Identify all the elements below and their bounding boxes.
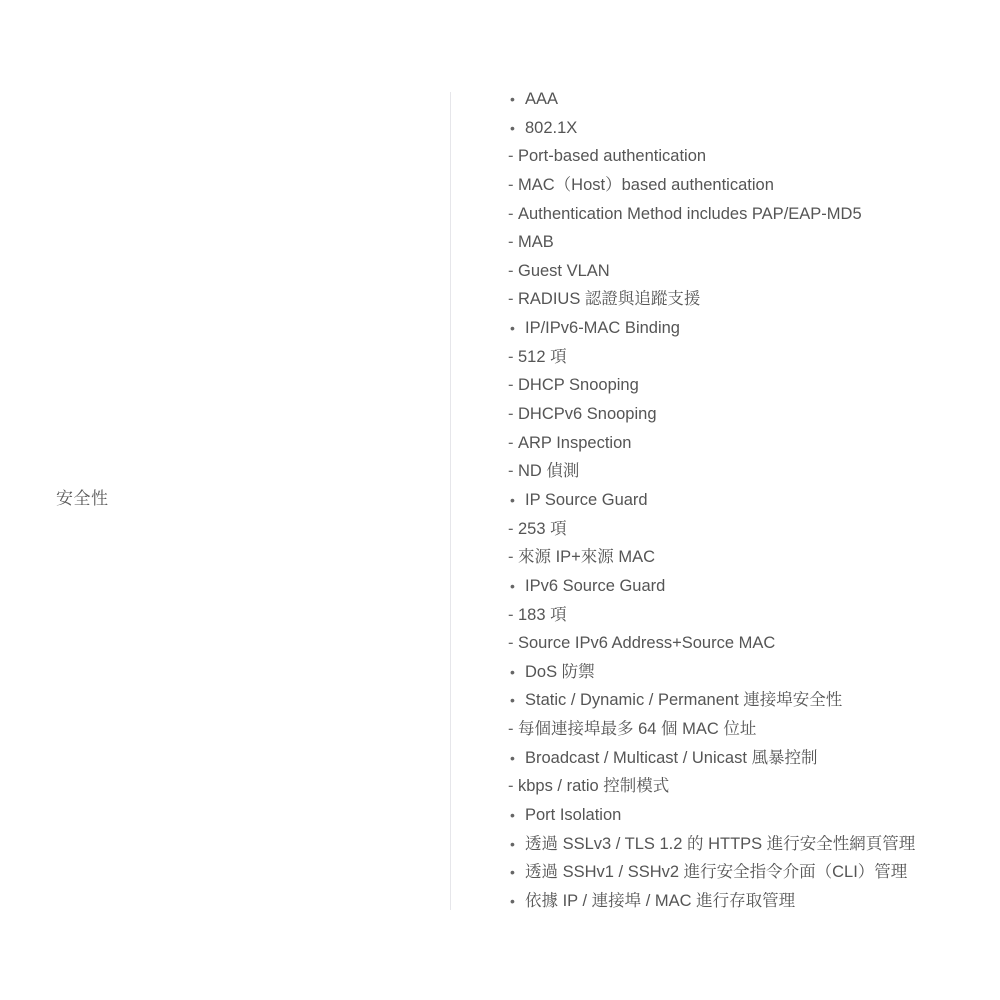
dash-icon: - bbox=[508, 715, 518, 744]
list-item-text: IP Source Guard bbox=[525, 491, 648, 509]
list-subitem: -253 項 bbox=[508, 515, 915, 544]
list-subitem: -來源 IP+來源 MAC bbox=[508, 543, 915, 572]
column-divider bbox=[450, 92, 451, 910]
list-item-text: ARP Inspection bbox=[518, 434, 631, 452]
list-item-text: MAC（Host）based authentication bbox=[518, 176, 774, 194]
bullet-icon: • bbox=[508, 887, 525, 916]
list-item: •AAA bbox=[508, 85, 915, 114]
list-subitem: -ND 偵測 bbox=[508, 457, 915, 486]
bullet-icon: • bbox=[508, 114, 525, 143]
list-subitem: -Guest VLAN bbox=[508, 257, 915, 286]
list-item: •Broadcast / Multicast / Unicast 風暴控制 bbox=[508, 744, 915, 773]
dash-icon: - bbox=[508, 257, 518, 286]
list-item: •802.1X bbox=[508, 114, 915, 143]
list-item-text: RADIUS 認證與追蹤支援 bbox=[518, 290, 700, 308]
list-item-text: 依據 IP / 連接埠 / MAC 進行存取管理 bbox=[525, 892, 795, 910]
dash-icon: - bbox=[508, 400, 518, 429]
list-item-text: Source IPv6 Address+Source MAC bbox=[518, 634, 775, 652]
list-item-text: 來源 IP+來源 MAC bbox=[518, 548, 655, 566]
list-item-text: DHCP Snooping bbox=[518, 376, 639, 394]
dash-icon: - bbox=[508, 515, 518, 544]
list-subitem: -每個連接埠最多 64 個 MAC 位址 bbox=[508, 715, 915, 744]
bullet-icon: • bbox=[508, 830, 525, 859]
list-subitem: -DHCP Snooping bbox=[508, 371, 915, 400]
dash-icon: - bbox=[508, 228, 518, 257]
list-subitem: -Source IPv6 Address+Source MAC bbox=[508, 629, 915, 658]
dash-icon: - bbox=[508, 457, 518, 486]
list-item: •IPv6 Source Guard bbox=[508, 572, 915, 601]
list-item: •Static / Dynamic / Permanent 連接埠安全性 bbox=[508, 686, 915, 715]
list-item-text: AAA bbox=[525, 90, 558, 108]
list-item-text: Port Isolation bbox=[525, 806, 621, 824]
dash-icon: - bbox=[508, 371, 518, 400]
list-item: •IP/IPv6-MAC Binding bbox=[508, 314, 915, 343]
dash-icon: - bbox=[508, 629, 518, 658]
list-item-text: kbps / ratio 控制模式 bbox=[518, 777, 669, 795]
dash-icon: - bbox=[508, 171, 518, 200]
list-subitem: -DHCPv6 Snooping bbox=[508, 400, 915, 429]
bullet-icon: • bbox=[508, 744, 525, 773]
list-subitem: -Authentication Method includes PAP/EAP-… bbox=[508, 200, 915, 229]
dash-icon: - bbox=[508, 543, 518, 572]
bullet-icon: • bbox=[508, 85, 525, 114]
list-item-text: 透過 SSLv3 / TLS 1.2 的 HTTPS 進行安全性網頁管理 bbox=[525, 835, 915, 853]
bullet-icon: • bbox=[508, 314, 525, 343]
list-item-text: Authentication Method includes PAP/EAP-M… bbox=[518, 205, 862, 223]
list-item: •透過 SSLv3 / TLS 1.2 的 HTTPS 進行安全性網頁管理 bbox=[508, 830, 915, 859]
list-subitem: -RADIUS 認證與追蹤支援 bbox=[508, 285, 915, 314]
spec-label: 安全性 bbox=[56, 484, 109, 509]
list-item-text: 802.1X bbox=[525, 119, 577, 137]
list-item-text: DoS 防禦 bbox=[525, 663, 595, 681]
list-item-text: Guest VLAN bbox=[518, 262, 610, 280]
list-subitem: -512 項 bbox=[508, 343, 915, 372]
list-item-text: ND 偵測 bbox=[518, 462, 579, 480]
list-item-text: MAB bbox=[518, 233, 554, 251]
bullet-icon: • bbox=[508, 801, 525, 830]
dash-icon: - bbox=[508, 142, 518, 171]
dash-icon: - bbox=[508, 343, 518, 372]
bullet-icon: • bbox=[508, 658, 525, 687]
list-subitem: -MAB bbox=[508, 228, 915, 257]
list-item-text: Static / Dynamic / Permanent 連接埠安全性 bbox=[525, 691, 842, 709]
list-item-text: 183 項 bbox=[518, 606, 567, 624]
list-item-text: 透過 SSHv1 / SSHv2 進行安全指令介面（CLI）管理 bbox=[525, 863, 907, 881]
list-subitem: -MAC（Host）based authentication bbox=[508, 171, 915, 200]
list-item: •DoS 防禦 bbox=[508, 658, 915, 687]
list-item: •依據 IP / 連接埠 / MAC 進行存取管理 bbox=[508, 887, 915, 916]
list-subitem: -kbps / ratio 控制模式 bbox=[508, 772, 915, 801]
bullet-icon: • bbox=[508, 858, 525, 887]
list-item-text: 每個連接埠最多 64 個 MAC 位址 bbox=[518, 720, 756, 738]
list-item: •IP Source Guard bbox=[508, 486, 915, 515]
list-item-text: Port-based authentication bbox=[518, 147, 706, 165]
list-subitem: -Port-based authentication bbox=[508, 142, 915, 171]
list-subitem: -183 項 bbox=[508, 601, 915, 630]
dash-icon: - bbox=[508, 772, 518, 801]
list-item-text: 512 項 bbox=[518, 348, 567, 366]
dash-icon: - bbox=[508, 601, 518, 630]
bullet-icon: • bbox=[508, 686, 525, 715]
list-item-text: IP/IPv6-MAC Binding bbox=[525, 319, 680, 337]
list-subitem: -ARP Inspection bbox=[508, 429, 915, 458]
spec-feature-list: •AAA •802.1X -Port-based authentication … bbox=[508, 85, 915, 916]
bullet-icon: • bbox=[508, 486, 525, 515]
list-item-text: DHCPv6 Snooping bbox=[518, 405, 657, 423]
list-item-text: Broadcast / Multicast / Unicast 風暴控制 bbox=[525, 749, 818, 767]
dash-icon: - bbox=[508, 285, 518, 314]
bullet-icon: • bbox=[508, 572, 525, 601]
list-item-text: 253 項 bbox=[518, 520, 567, 538]
list-item-text: IPv6 Source Guard bbox=[525, 577, 665, 595]
list-item: •Port Isolation bbox=[508, 801, 915, 830]
list-item: •透過 SSHv1 / SSHv2 進行安全指令介面（CLI）管理 bbox=[508, 858, 915, 887]
dash-icon: - bbox=[508, 429, 518, 458]
spec-row-security: 安全性 •AAA •802.1X -Port-based authenticat… bbox=[0, 0, 1000, 1000]
dash-icon: - bbox=[508, 200, 518, 229]
